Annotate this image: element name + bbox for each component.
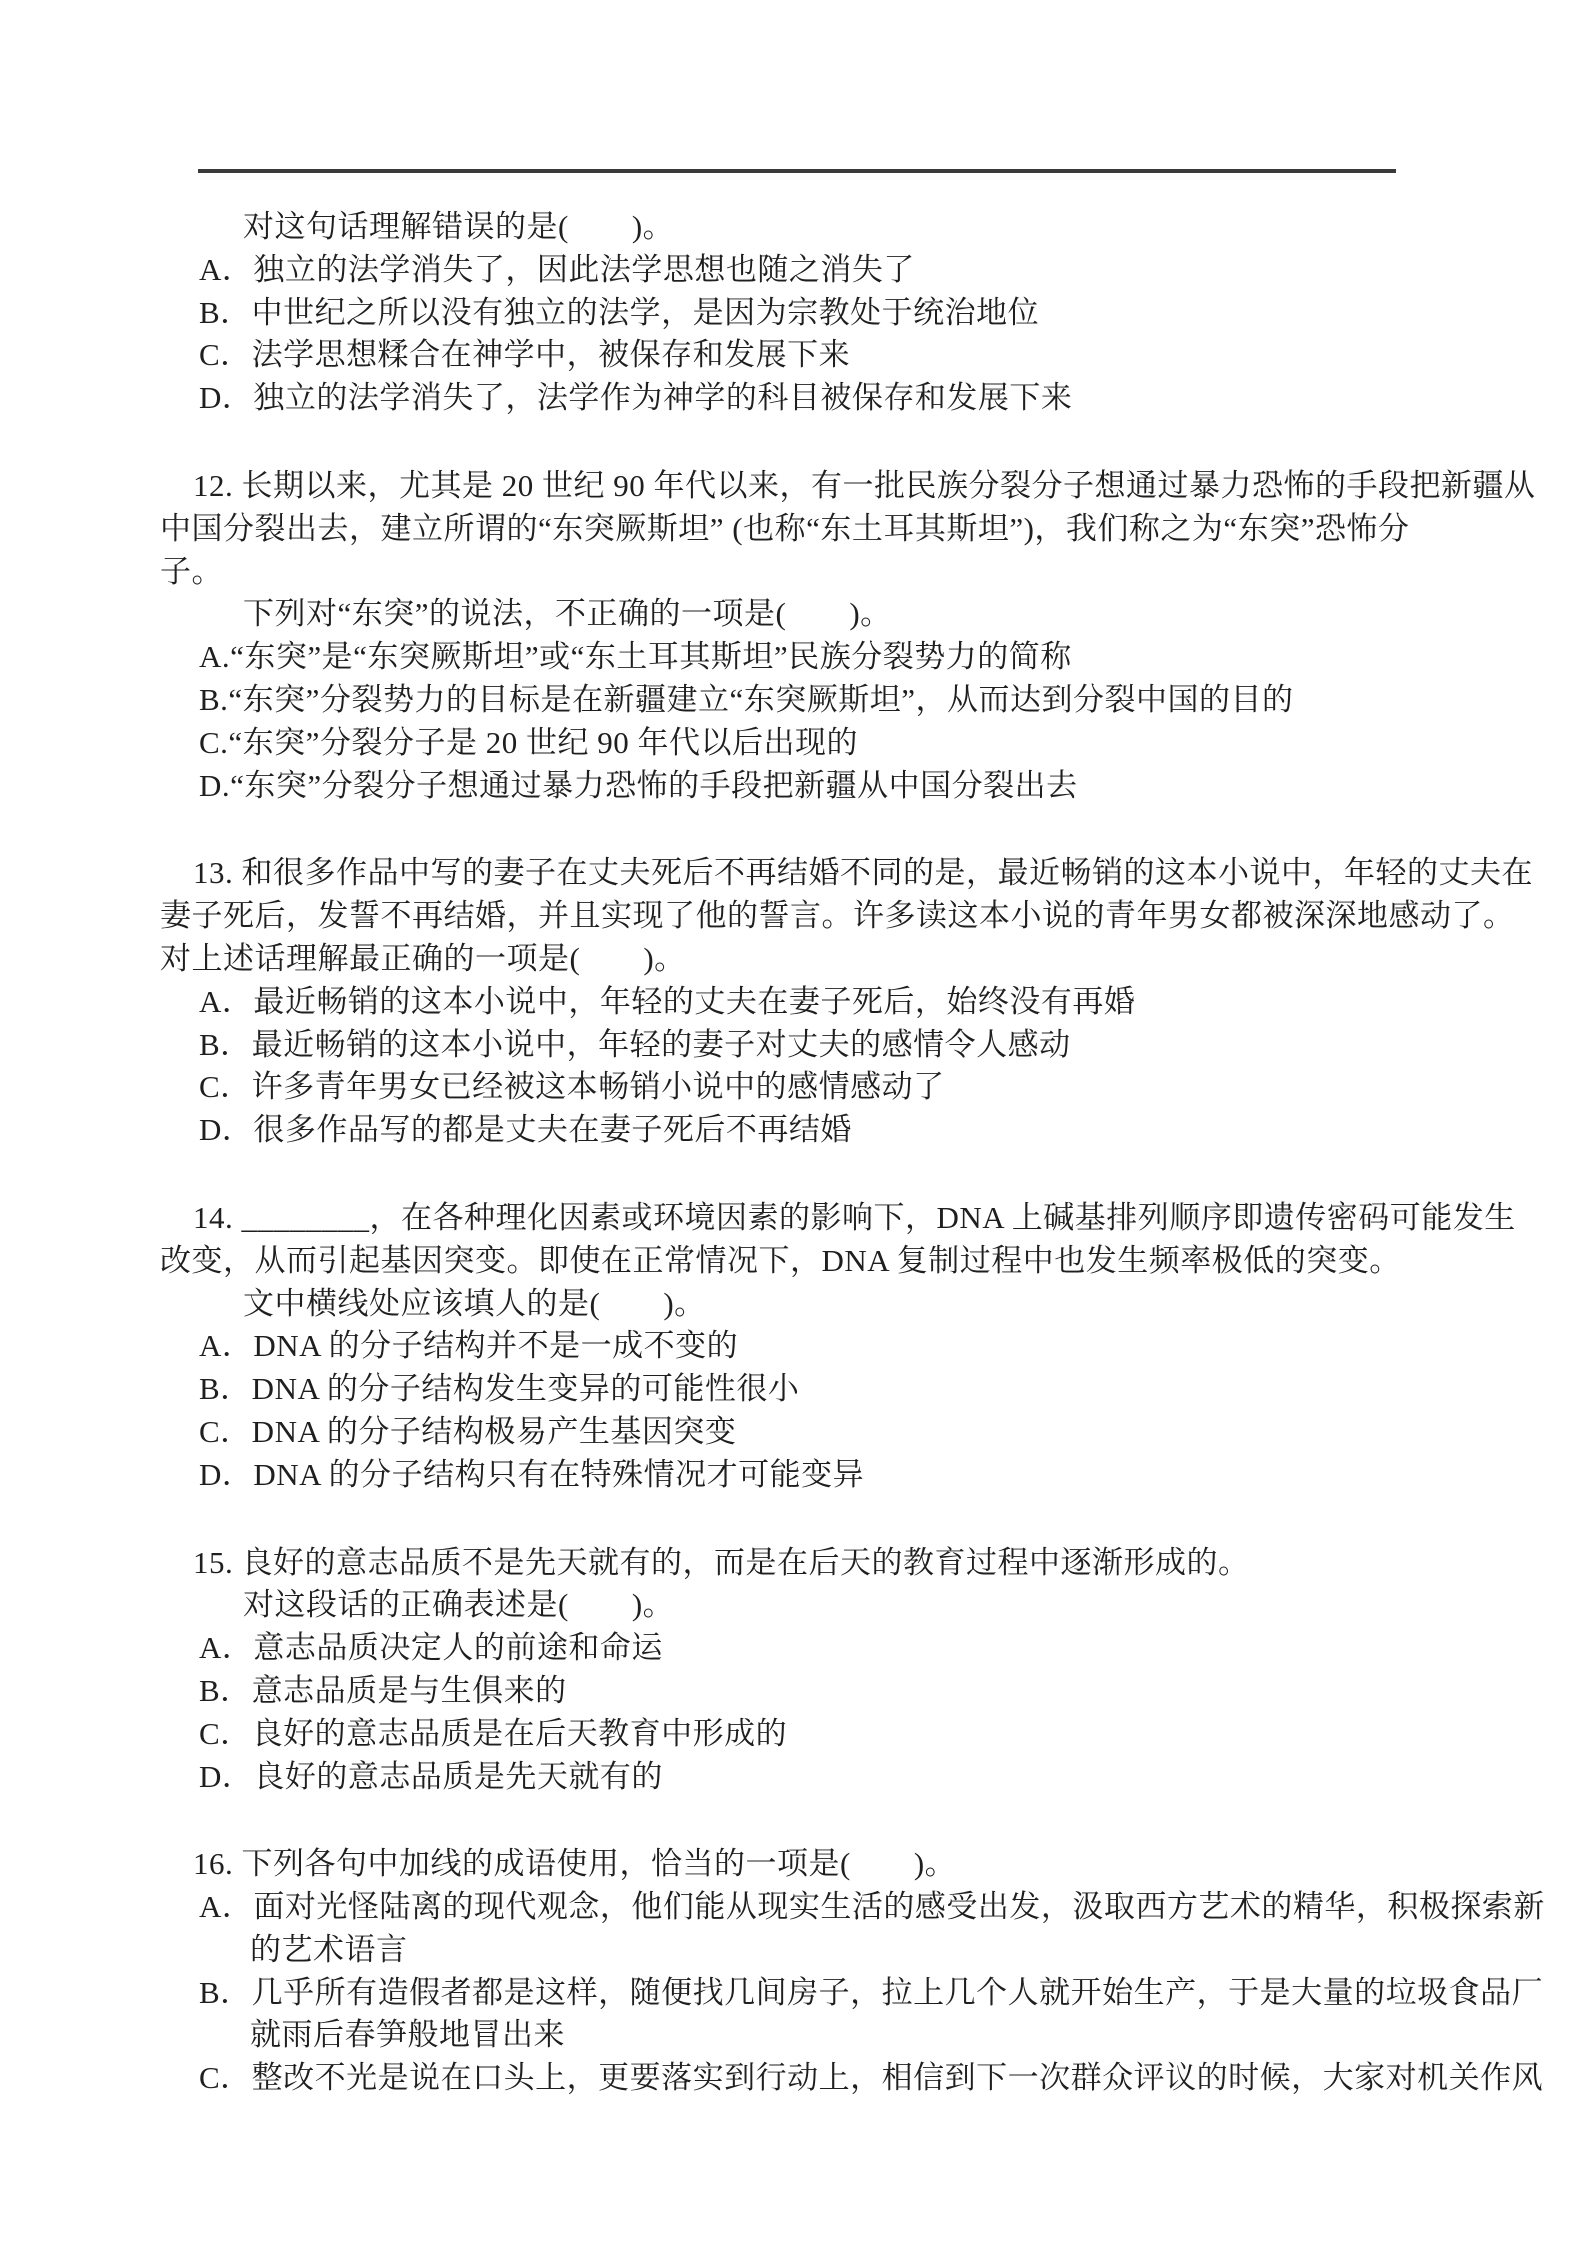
text-line: C．法学思想糅合在神学中，被保存和发展下来 (0, 334, 1594, 377)
question-13: 13. 和很多作品中写的妻子在丈夫死后不再结婚不同的是，最近畅销的这本小说中，年… (0, 852, 1594, 1152)
text-line: 12. 长期以来，尤其是 20 世纪 90 年代以来，有一批民族分裂分子想通过暴… (0, 465, 1594, 508)
text-line: 对这句话理解错误的是( )。 (0, 206, 1594, 249)
text-line: 改变，从而引起基因突变。即使在正常情况下，DNA 复制过程中也发生频率极低的突变… (0, 1240, 1594, 1283)
text-line: 妻子死后，发誓不再结婚，并且实现了他的誓言。许多读这本小说的青年男女都被深深地感… (0, 895, 1594, 938)
question-15: 15. 良好的意志品质不是先天就有的，而是在后天的教育过程中逐渐形成的。对这段话… (0, 1542, 1594, 1799)
text-line: C．整改不光是说在口头上，更要落实到行动上，相信到下一次群众评议的时候，大家对机… (0, 2057, 1594, 2100)
text-line: D．良好的意志品质是先天就有的 (0, 1756, 1594, 1799)
text-line: B．中世纪之所以没有独立的法学，是因为宗教处于统治地位 (0, 292, 1594, 335)
text-line: A．意志品质决定人的前途和命运 (0, 1627, 1594, 1670)
text-line: A．DNA 的分子结构并不是一成不变的 (0, 1325, 1594, 1368)
question-12: 12. 长期以来，尤其是 20 世纪 90 年代以来，有一批民族分裂分子想通过暴… (0, 465, 1594, 807)
text-line: B．意志品质是与生俱来的 (0, 1670, 1594, 1713)
text-line: 中国分裂出去，建立所谓的“东突厥斯坦” (也称“东土耳其斯坦”)，我们称之为“东… (0, 508, 1594, 551)
text-line: D．独立的法学消失了，法学作为神学的科目被保存和发展下来 (0, 377, 1594, 420)
text-line: C．DNA 的分子结构极易产生基因突变 (0, 1411, 1594, 1454)
text-line: B.“东突”分裂势力的目标是在新疆建立“东突厥斯坦”，从而达到分裂中国的目的 (0, 679, 1594, 722)
text-line: A.“东突”是“东突厥斯坦”或“东土耳其斯坦”民族分裂势力的简称 (0, 636, 1594, 679)
text-line: 文中横线处应该填人的是( )。 (0, 1283, 1594, 1326)
text-line: A．面对光怪陆离的现代观念，他们能从现实生活的感受出发，汲取西方艺术的精华，积极… (0, 1886, 1594, 1929)
text-line: B．最近畅销的这本小说中，年轻的妻子对丈夫的感情令人感动 (0, 1024, 1594, 1067)
exam-page: 对这句话理解错误的是( )。A．独立的法学消失了，因此法学思想也随之消失了B．中… (0, 0, 1594, 2252)
text-line: 16. 下列各句中加线的成语使用，恰当的一项是( )。 (0, 1843, 1594, 1886)
text-line: 对这段话的正确表述是( )。 (0, 1584, 1594, 1627)
text-line: 15. 良好的意志品质不是先天就有的，而是在后天的教育过程中逐渐形成的。 (0, 1542, 1594, 1585)
text-line: 14. ________，在各种理化因素或环境因素的影响下，DNA 上碱基排列顺… (0, 1197, 1594, 1240)
text-line: C．许多青年男女已经被这本畅销小说中的感情感动了 (0, 1066, 1594, 1109)
text-line: 就雨后春笋般地冒出来 (0, 2014, 1594, 2057)
text-line: 子。 (0, 551, 1594, 594)
text-line: B．DNA 的分子结构发生变异的可能性很小 (0, 1368, 1594, 1411)
text-line: A．独立的法学消失了，因此法学思想也随之消失了 (0, 249, 1594, 292)
questions-container: 对这句话理解错误的是( )。A．独立的法学消失了，因此法学思想也随之消失了B．中… (0, 206, 1594, 2100)
text-line: 下列对“东突”的说法，不正确的一项是( )。 (0, 593, 1594, 636)
text-line: 对上述话理解最正确的一项是( )。 (0, 938, 1594, 981)
text-line: D．DNA 的分子结构只有在特殊情况才可能变异 (0, 1454, 1594, 1497)
text-line: A．最近畅销的这本小说中，年轻的丈夫在妻子死后，始终没有再婚 (0, 981, 1594, 1024)
question-16: 16. 下列各句中加线的成语使用，恰当的一项是( )。A．面对光怪陆离的现代观念… (0, 1843, 1594, 2100)
question-14: 14. ________，在各种理化因素或环境因素的影响下，DNA 上碱基排列顺… (0, 1197, 1594, 1497)
text-line: 的艺术语言 (0, 1929, 1594, 1972)
question-11: 对这句话理解错误的是( )。A．独立的法学消失了，因此法学思想也随之消失了B．中… (0, 206, 1594, 420)
page-divider-line (198, 169, 1396, 173)
text-line: 13. 和很多作品中写的妻子在丈夫死后不再结婚不同的是，最近畅销的这本小说中，年… (0, 852, 1594, 895)
text-line: D．很多作品写的都是丈夫在妻子死后不再结婚 (0, 1109, 1594, 1152)
text-line: C．良好的意志品质是在后天教育中形成的 (0, 1713, 1594, 1756)
text-line: D.“东突”分裂分子想通过暴力恐怖的手段把新疆从中国分裂出去 (0, 765, 1594, 808)
text-line: B．几乎所有造假者都是这样，随便找几间房子，拉上几个人就开始生产，于是大量的垃圾… (0, 1972, 1594, 2015)
text-line: C.“东突”分裂分子是 20 世纪 90 年代以后出现的 (0, 722, 1594, 765)
